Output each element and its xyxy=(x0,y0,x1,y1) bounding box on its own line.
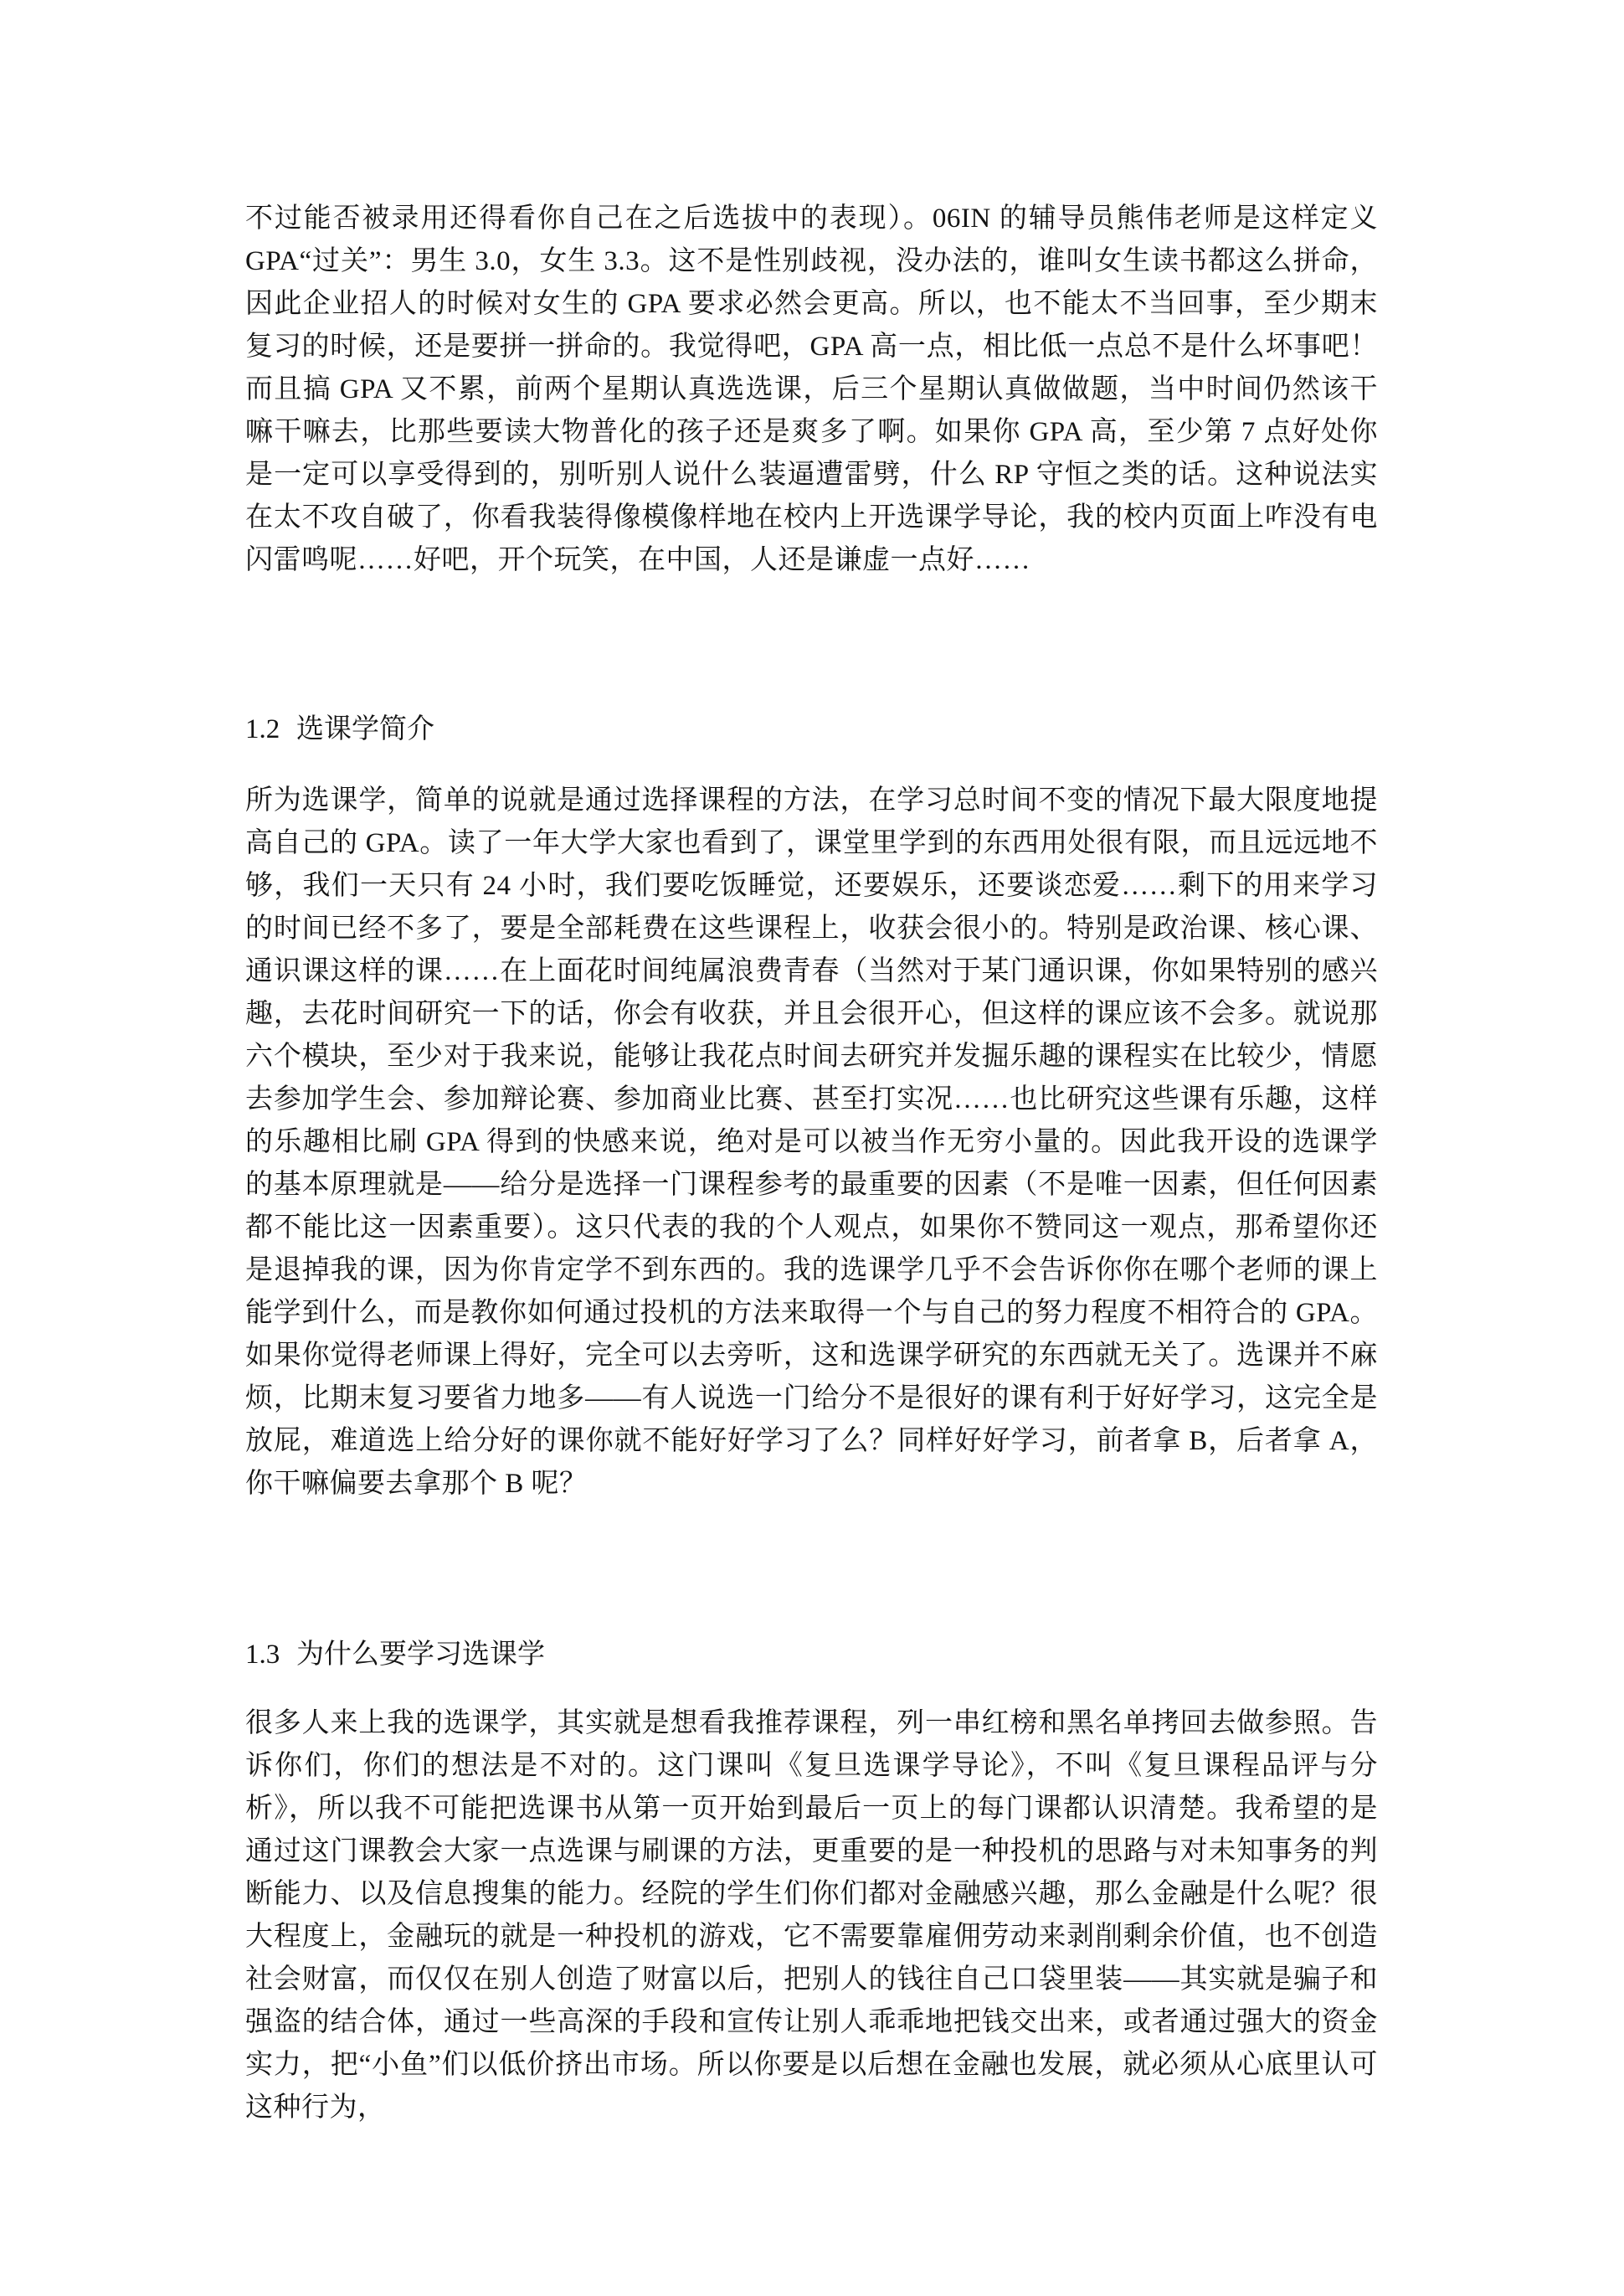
section-title-1-2: 选课学简介 xyxy=(296,714,434,744)
section-number-1-2: 1.2 xyxy=(245,714,280,744)
section-title-1-3: 为什么要学习选课学 xyxy=(296,1640,545,1670)
paragraph-gpa-continuation: 不过能否被录用还得看你自己在之后选拔中的表现）。06IN 的辅导员熊伟老师是这样… xyxy=(245,198,1378,582)
section-heading-1-3: 1.3为什么要学习选课学 xyxy=(245,1634,1378,1676)
section-number-1-3: 1.3 xyxy=(245,1640,280,1670)
section-heading-1-2: 1.2选课学简介 xyxy=(245,708,1378,751)
paragraph-why-learn: 很多人来上我的选课学，其实就是想看我推荐课程，列一串红榜和黑名单拷回去做参照。告… xyxy=(245,1702,1378,2129)
document-page: 不过能否被录用还得看你自己在之后选拔中的表现）。06IN 的辅导员熊伟老师是这样… xyxy=(245,0,1378,2129)
paragraph-xuankexue-intro: 所为选课学，简单的说就是通过选择课程的方法，在学习总时间不变的情况下最大限度地提… xyxy=(245,780,1378,1506)
